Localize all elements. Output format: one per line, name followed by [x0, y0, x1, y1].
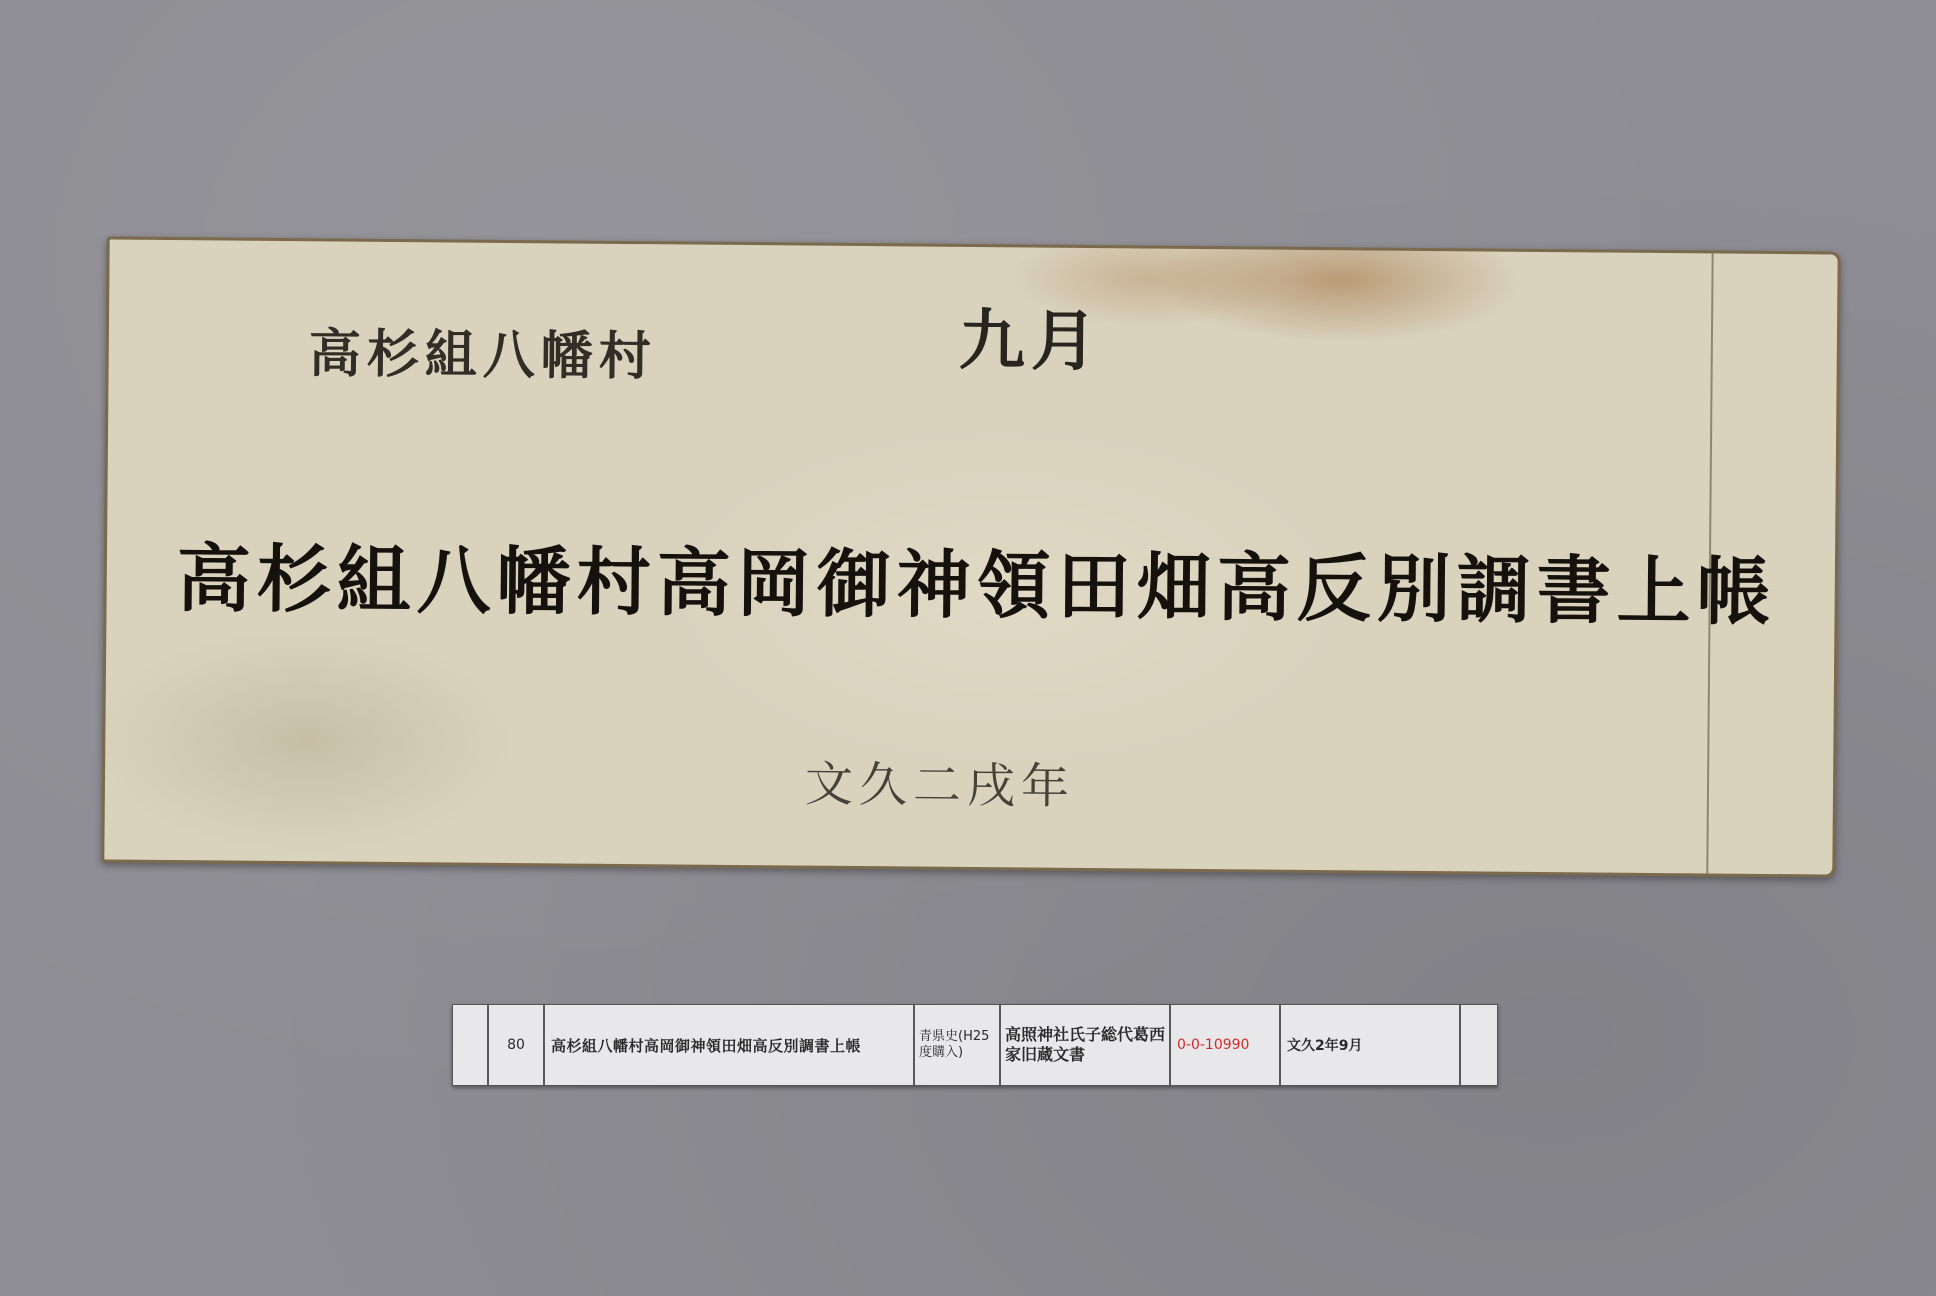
label-blank-left: [453, 1005, 489, 1085]
month-inscription: 九月: [959, 287, 1104, 383]
label-blank-right: [1461, 1005, 1497, 1085]
label-id: 0-0-10990: [1171, 1005, 1281, 1085]
document-title-calligraphy: 高杉組八幡村高岡御神領田畑高反別調書上帳: [176, 520, 1777, 640]
date-inscription: 文久二戌年: [805, 746, 1076, 817]
historical-document: 高杉組八幡村高岡御神領田畑高反別調書上帳 九月 高杉組八幡村 文久二戌年: [101, 236, 1840, 877]
village-inscription: 高杉組八幡村: [308, 311, 657, 389]
label-title: 高杉組八幡村高岡御神領田畑高反別調書上帳: [545, 1005, 915, 1085]
label-source: 青県史(H25度購入): [915, 1005, 1001, 1085]
label-number: 80: [489, 1005, 545, 1085]
catalog-label: 80 高杉組八幡村高岡御神領田畑高反別調書上帳 青県史(H25度購入) 高照神社…: [452, 1004, 1498, 1086]
label-date: 文久2年9月: [1281, 1005, 1461, 1085]
label-collection: 高照神社氏子総代葛西家旧蔵文書: [1001, 1005, 1171, 1085]
